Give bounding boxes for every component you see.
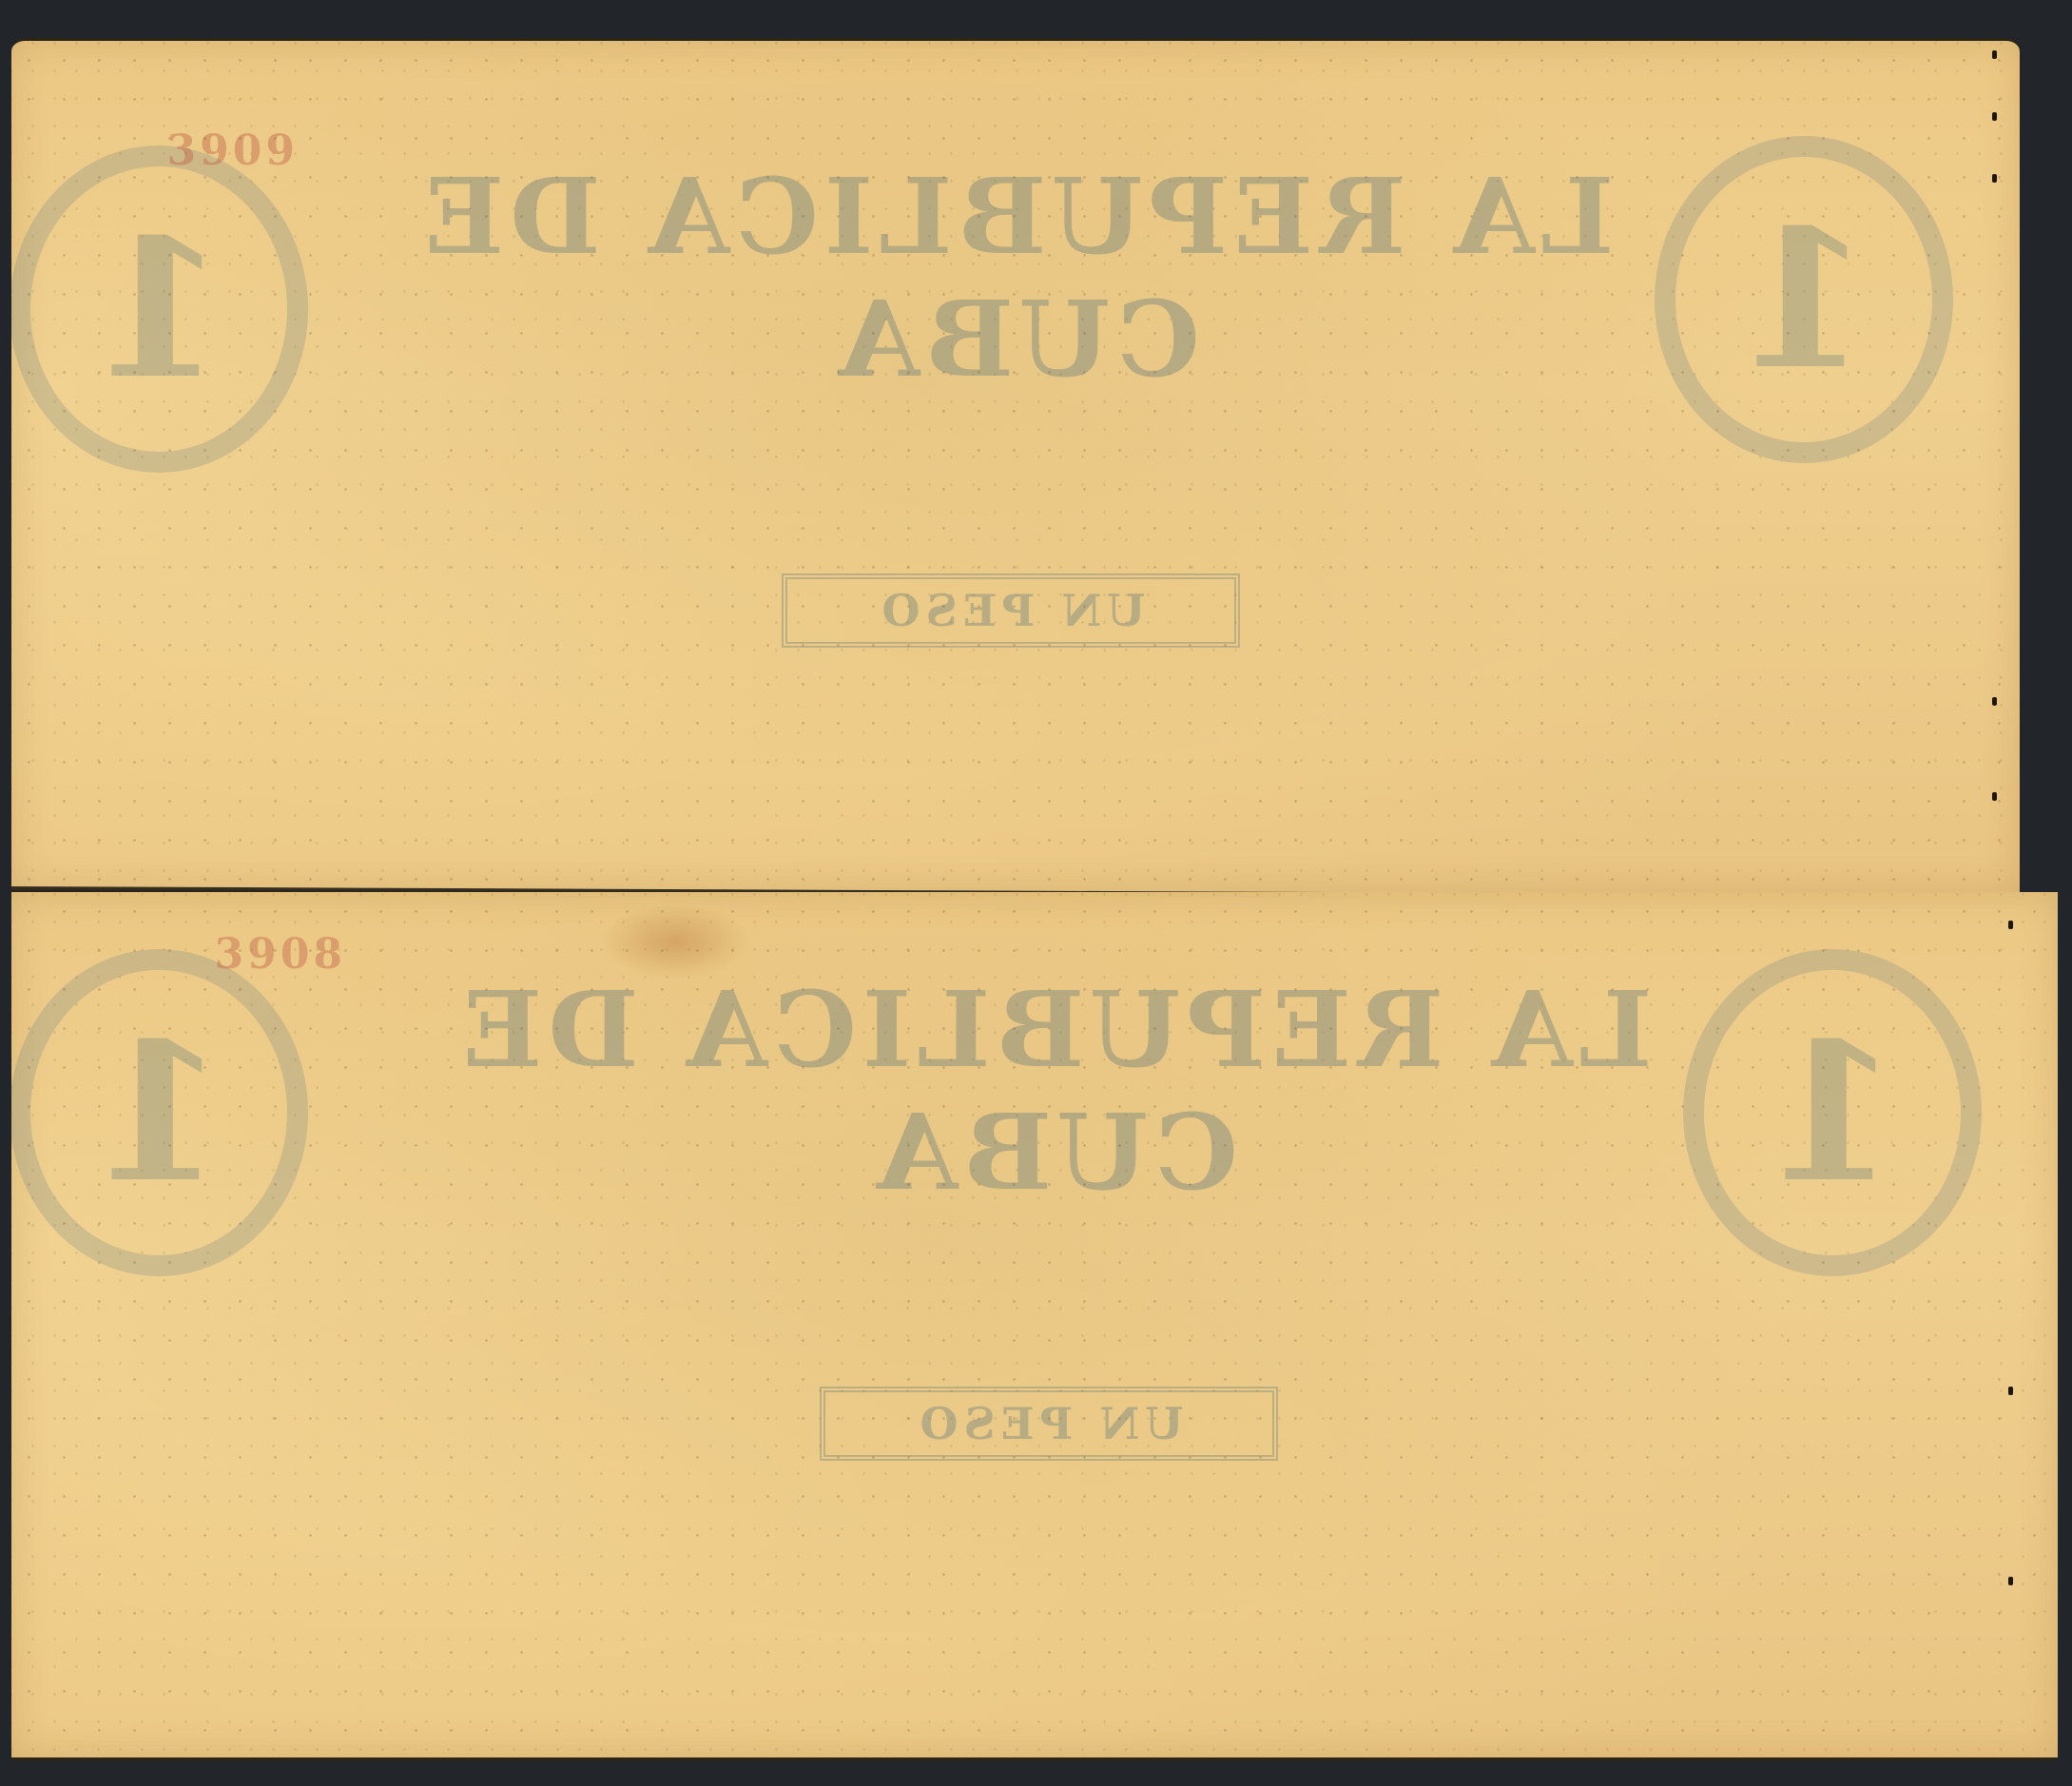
denomination-medallion-left: 1: [11, 949, 308, 1276]
show-through-print-bottom: 1 1 LA REPUBLICA DE CUBA UN PESO 3908: [11, 892, 2058, 1757]
denomination-medallion-right: 1: [1683, 949, 1982, 1276]
denomination-numeral: 1: [1766, 1001, 1898, 1225]
banknote-top: 1 1 LA REPUBLICA DE CUBA UN PESO 3909: [11, 38, 2020, 893]
note-title: LA REPUBLICA DE CUBA: [413, 968, 1696, 1213]
denomination-numeral: 1: [1737, 188, 1869, 412]
serial-number: 3909: [167, 126, 299, 175]
denomination-numeral: 1: [92, 198, 224, 421]
denomination-label: UN PESO: [820, 1387, 1278, 1461]
denomination-label: UN PESO: [782, 573, 1240, 648]
denomination-numeral: 1: [92, 1001, 224, 1225]
serial-number: 3908: [215, 930, 346, 979]
note-title: LA REPUBLICA DE CUBA: [375, 155, 1658, 400]
rust-stain: [599, 903, 751, 980]
banknote-bottom: 1 1 LA REPUBLICA DE CUBA UN PESO 3908: [11, 892, 2058, 1761]
show-through-print-top: 1 1 LA REPUBLICA DE CUBA UN PESO 3909: [11, 41, 2020, 893]
denomination-medallion-right: 1: [11, 146, 308, 473]
denomination-medallion-left: 1: [1655, 136, 1953, 463]
